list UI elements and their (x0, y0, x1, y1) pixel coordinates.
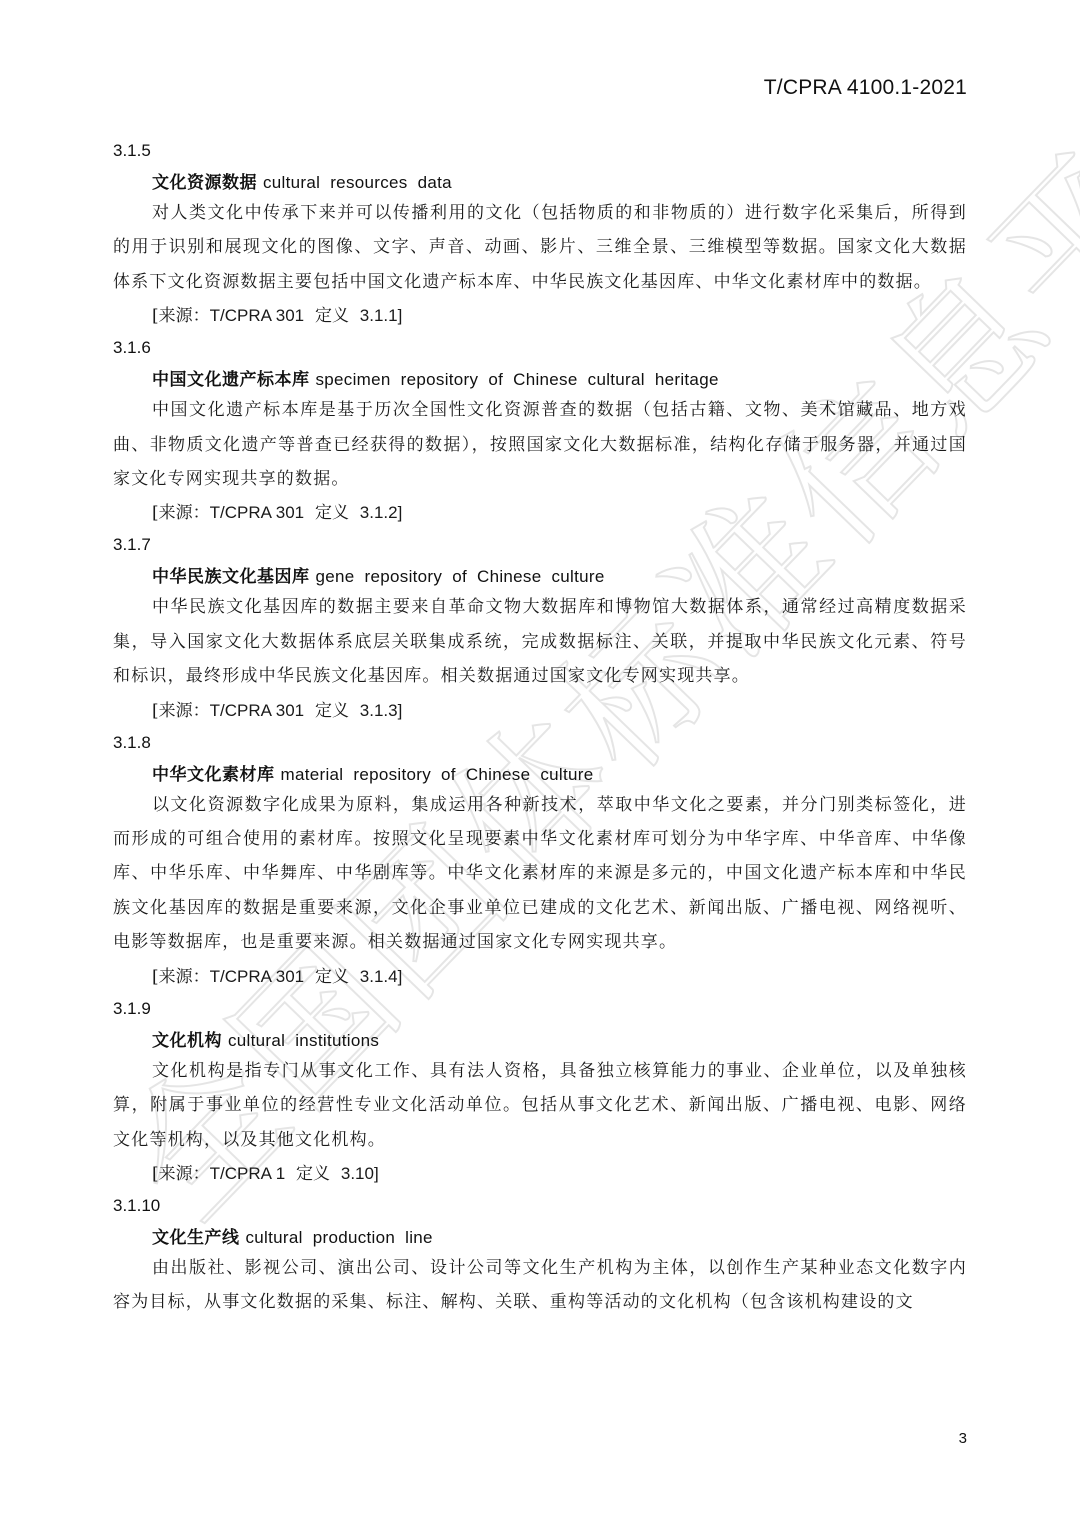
term-title-zh: 文化机构 (152, 1031, 222, 1051)
source-prefix: [来源： (152, 503, 210, 523)
document-page: 全国团体标准信息平台 T/CPRA 4100.1-2021 3.1.5 文化资源… (0, 0, 1080, 1528)
term-entry: 3.1.5 文化资源数据cultural resources data 对人类文… (113, 141, 967, 333)
source-def-label: 定义 (315, 306, 349, 326)
term-definition: 由出版社、影视公司、演出公司、设计公司等文化生产机构为主体，以创作生产某种业态文… (113, 1251, 967, 1320)
term-title-en: gene repository of Chinese culture (316, 567, 605, 586)
source-ref: 3.10] (341, 1164, 379, 1183)
term-definition: 中国文化遗产标本库是基于历次全国性文化资源普查的数据（包括古籍、文物、美术馆藏品… (113, 393, 967, 496)
source-prefix: [来源： (152, 1164, 210, 1184)
source-def-label: 定义 (315, 701, 349, 721)
term-number: 3.1.8 (113, 733, 967, 753)
source-def-label: 定义 (296, 1164, 330, 1184)
term-title-en: specimen repository of Chinese cultural … (316, 370, 719, 389)
source-prefix: [来源： (152, 306, 210, 326)
term-title: 中华文化素材库material repository of Chinese cu… (113, 762, 967, 788)
source-ref: 3.1.3] (360, 701, 403, 720)
term-title: 中国文化遗产标本库specimen repository of Chinese … (113, 367, 967, 393)
source-code: T/CPRA 301 (210, 967, 305, 986)
term-source: [来源：T/CPRA 301 定义 3.1.2] (113, 496, 967, 530)
term-definition: 以文化资源数字化成果为原料，集成运用各种新技术，萃取中华文化之要素，并分门别类标… (113, 788, 967, 960)
term-number: 3.1.6 (113, 338, 967, 358)
term-title-en: cultural production line (246, 1228, 433, 1247)
page-number: 3 (959, 1430, 967, 1447)
term-title: 文化生产线cultural production line (113, 1225, 967, 1251)
term-entry: 3.1.9 文化机构cultural institutions 文化机构是指专门… (113, 999, 967, 1191)
term-source: [来源：T/CPRA 301 定义 3.1.3] (113, 694, 967, 728)
source-def-label: 定义 (315, 503, 349, 523)
source-def-label: 定义 (315, 967, 349, 987)
source-ref: 3.1.4] (360, 967, 403, 986)
term-source: [来源：T/CPRA 1 定义 3.10] (113, 1157, 967, 1191)
term-title: 文化机构cultural institutions (113, 1028, 967, 1054)
term-title: 文化资源数据cultural resources data (113, 170, 967, 196)
term-title-en: cultural resources data (263, 173, 452, 192)
source-prefix: [来源： (152, 967, 210, 987)
source-ref: 3.1.2] (360, 503, 403, 522)
source-code: T/CPRA 301 (210, 306, 305, 325)
term-definition: 文化机构是指专门从事文化工作、具有法人资格，具备独立核算能力的事业、企业单位，以… (113, 1054, 967, 1157)
source-code: T/CPRA 1 (210, 1164, 286, 1183)
term-source: [来源：T/CPRA 301 定义 3.1.4] (113, 960, 967, 994)
term-entry: 3.1.10 文化生产线cultural production line 由出版… (113, 1196, 967, 1320)
term-title-zh: 中华文化素材库 (152, 765, 275, 785)
term-entry: 3.1.7 中华民族文化基因库gene repository of Chines… (113, 535, 967, 727)
source-prefix: [来源： (152, 701, 210, 721)
term-number: 3.1.5 (113, 141, 967, 161)
terms-section: 3.1.5 文化资源数据cultural resources data 对人类文… (113, 136, 967, 1320)
term-definition: 中华民族文化基因库的数据主要来自革命文物大数据库和博物馆大数据体系，通常经过高精… (113, 590, 967, 693)
source-code: T/CPRA 301 (210, 701, 305, 720)
term-number: 3.1.7 (113, 535, 967, 555)
source-code: T/CPRA 301 (210, 503, 305, 522)
term-title-zh: 中国文化遗产标本库 (152, 370, 310, 390)
term-number: 3.1.9 (113, 999, 967, 1019)
term-title-en: cultural institutions (228, 1031, 379, 1050)
term-number: 3.1.10 (113, 1196, 967, 1216)
standard-code-header: T/CPRA 4100.1-2021 (764, 76, 967, 100)
term-title-zh: 中华民族文化基因库 (152, 567, 310, 587)
term-entry: 3.1.8 中华文化素材库material repository of Chin… (113, 733, 967, 994)
term-definition: 对人类文化中传承下来并可以传播利用的文化（包括物质的和非物质的）进行数字化采集后… (113, 196, 967, 299)
term-title: 中华民族文化基因库gene repository of Chinese cult… (113, 564, 967, 590)
term-title-en: material repository of Chinese culture (281, 765, 594, 784)
source-ref: 3.1.1] (360, 306, 403, 325)
term-title-zh: 文化生产线 (152, 1228, 240, 1248)
term-entry: 3.1.6 中国文化遗产标本库specimen repository of Ch… (113, 338, 967, 530)
term-source: [来源：T/CPRA 301 定义 3.1.1] (113, 299, 967, 333)
term-title-zh: 文化资源数据 (152, 173, 257, 193)
